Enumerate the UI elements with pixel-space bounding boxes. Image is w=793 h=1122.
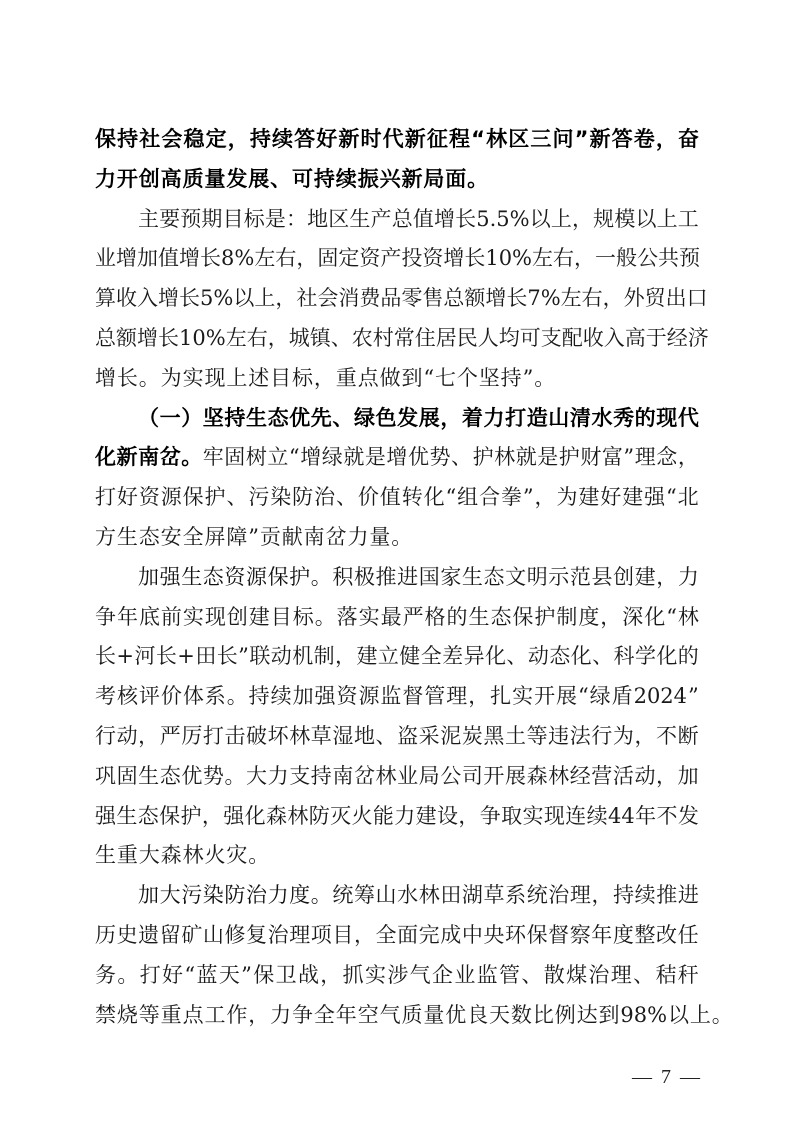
- text-char: ”: [238, 637, 249, 677]
- text-char: 常: [394, 319, 415, 359]
- text-char: 品: [380, 279, 401, 319]
- text-char: 禁: [95, 996, 116, 1036]
- page-number: — 7 —: [632, 1066, 702, 1089]
- text-char: 管: [499, 956, 520, 996]
- heading-char: 态: [268, 399, 289, 439]
- heading-char: 问: [552, 120, 573, 160]
- text-char: 地: [354, 717, 375, 757]
- text-char: 文: [505, 558, 526, 598]
- subheading-char: 防: [224, 876, 245, 916]
- text-char: 北: [678, 478, 699, 518]
- text-char: 击: [224, 717, 245, 757]
- text-char: 模: [614, 200, 635, 240]
- text-char: 异: [464, 637, 485, 677]
- text-char: 右: [275, 239, 296, 279]
- text-char: 科: [614, 637, 635, 677]
- heading-char: 新: [401, 160, 422, 200]
- text-char: 理: [635, 438, 656, 478]
- text-char: 厉: [181, 717, 202, 757]
- heading-char: 持: [117, 120, 138, 160]
- text-char: 优: [445, 996, 466, 1036]
- subheading-char: 治: [246, 876, 267, 916]
- text-char: 火: [204, 836, 225, 876]
- text-char: 体: [183, 677, 204, 717]
- text-char: 。: [248, 836, 269, 876]
- text-char: 5%: [200, 279, 233, 319]
- heading-char: 面: [445, 160, 466, 200]
- text-char: 口: [687, 279, 708, 319]
- subheading-char: 资: [224, 558, 245, 598]
- text-char: 力: [268, 757, 289, 797]
- text-char: 司: [462, 757, 483, 797]
- text-line: 长+河长+田长”联动机制，建立健全差异化、动态化、科学化的: [95, 637, 699, 677]
- text-char: 草: [311, 717, 332, 757]
- text-line: 考核评价体系。持续加强资源监督管理，扎实开展“绿盾2024”: [95, 677, 699, 717]
- heading-char: 色: [376, 399, 397, 439]
- text-char: 护: [559, 438, 580, 478]
- text-char: 国: [419, 558, 440, 598]
- text-char: 天: [489, 996, 510, 1036]
- text-char: 动: [528, 637, 549, 677]
- text-char: 秸: [655, 956, 676, 996]
- text-char: 长: [464, 239, 485, 279]
- text-char: 共: [658, 239, 679, 279]
- text-char: 筹: [354, 876, 375, 916]
- text-char: 全: [314, 996, 335, 1036]
- text-char: 左: [254, 239, 275, 279]
- text-char: 资: [336, 677, 357, 717]
- text-char: 镇: [310, 319, 331, 359]
- text-char: ”: [523, 478, 534, 518]
- text-char: 目: [332, 916, 353, 956]
- text-char: “: [289, 438, 300, 478]
- text-char: 农: [352, 319, 373, 359]
- subheading-char: 护: [289, 558, 310, 598]
- text-char: 打: [95, 478, 116, 518]
- text-char: 强: [644, 478, 665, 518]
- text-char: 推: [376, 558, 397, 598]
- text-char: 村: [373, 319, 394, 359]
- text-char: 田: [440, 876, 461, 916]
- text-char: 经: [667, 319, 688, 359]
- text-char: 10%: [179, 319, 226, 359]
- text-char: 开: [483, 757, 504, 797]
- text-line: （一）坚持生态优先、绿色发展，着力打造山清水秀的现代: [95, 399, 699, 439]
- text-char: 主: [138, 200, 159, 240]
- text-char: 积: [332, 558, 353, 598]
- text-char: 目: [270, 359, 291, 399]
- text-char: 增: [116, 239, 137, 279]
- text-line: 务。打好“蓝天”保卫战，抓实涉气企业监管、散煤治理、秸秆: [95, 956, 699, 996]
- text-char: 以: [530, 200, 551, 240]
- text-char: 达: [577, 996, 598, 1036]
- text-char: 史: [117, 916, 138, 956]
- text-char: 秆: [678, 956, 699, 996]
- text-char: 度: [578, 598, 599, 638]
- text-char: 进: [397, 558, 418, 598]
- text-char: ，: [468, 677, 489, 717]
- text-char: 投: [401, 239, 422, 279]
- text-char: 点: [358, 359, 379, 399]
- text-char: 左: [226, 319, 247, 359]
- text-char: 打: [140, 956, 161, 996]
- heading-char: 卷: [634, 120, 655, 160]
- text-line: 生重大森林火灾。: [95, 836, 699, 876]
- text-char: “: [666, 478, 677, 518]
- text-char: 源: [358, 677, 379, 717]
- text-char: ，: [458, 797, 479, 837]
- text-char: 、: [521, 956, 542, 996]
- text-char: 管: [424, 677, 445, 717]
- subheading-char: 染: [203, 876, 224, 916]
- text-char: 南: [304, 518, 325, 558]
- text-char: 央: [483, 916, 504, 956]
- text-char: 灭: [330, 797, 351, 837]
- text-char: 统: [332, 876, 353, 916]
- heading-char: 南: [138, 438, 159, 478]
- text-char: 上: [254, 279, 275, 319]
- text-char: 业: [454, 956, 475, 996]
- text-char: 打: [203, 717, 224, 757]
- text-char: 遗: [138, 916, 159, 956]
- text-char: 生: [462, 558, 483, 598]
- text-char: 98%: [620, 996, 667, 1036]
- text-char: 范: [570, 558, 591, 598]
- text-char: 建: [578, 478, 599, 518]
- text-char: ，: [634, 717, 655, 757]
- text-char: 格: [425, 598, 446, 638]
- text-char: “: [446, 478, 457, 518]
- heading-char: 山: [548, 399, 569, 439]
- text-char: ，: [296, 239, 317, 279]
- text-char: 就: [343, 438, 364, 478]
- text-char: 增: [179, 239, 200, 279]
- text-char: 修: [224, 916, 245, 956]
- text-char: 民: [457, 319, 478, 359]
- text-char: 污: [248, 478, 269, 518]
- subheading-char: 。: [311, 558, 332, 598]
- text-char: 标: [292, 359, 313, 399]
- text-char: 资: [359, 239, 380, 279]
- text-char: 态: [138, 797, 159, 837]
- heading-char: 稳: [184, 120, 205, 160]
- text-char: 上: [226, 359, 247, 399]
- text-char: 标: [293, 598, 314, 638]
- text-char: 、: [506, 637, 527, 677]
- heading-char: 。: [467, 160, 488, 200]
- text-char: 社: [296, 279, 317, 319]
- text-char: 治: [314, 478, 335, 518]
- text-char: 长: [179, 279, 200, 319]
- text-char: 盾: [612, 677, 633, 717]
- text-char: 保: [159, 797, 180, 837]
- text-char: 出: [666, 279, 687, 319]
- text-char: 公: [637, 239, 658, 279]
- text-char: 绿: [322, 438, 343, 478]
- subheading-char: 保: [268, 558, 289, 598]
- text-char: 述: [248, 359, 269, 399]
- text-char: 住: [415, 319, 436, 359]
- heading-char: 续: [272, 120, 293, 160]
- heading-char: 高: [161, 160, 182, 200]
- text-char: 等: [139, 996, 160, 1036]
- text-char: 化: [644, 598, 665, 638]
- text-char: 治: [268, 916, 289, 956]
- text-char: ，: [572, 200, 593, 240]
- text-char: 化: [424, 478, 445, 518]
- text-char: 现: [204, 359, 225, 399]
- heading-char: 。: [181, 438, 202, 478]
- text-char: ，: [320, 956, 341, 996]
- text-char: 严: [403, 598, 424, 638]
- heading-char: 征: [427, 120, 448, 160]
- text-char: 总: [443, 279, 464, 319]
- body-text: 保持社会稳定，持续答好新时代新征程“林区三问”新答卷，奋力开创高质量发展、可持续…: [95, 120, 699, 1035]
- text-char: 连: [565, 797, 586, 837]
- text-char: 力: [394, 797, 415, 837]
- text-char: +: [177, 637, 195, 677]
- heading-char: 好: [316, 120, 337, 160]
- text-char: 极: [354, 558, 375, 598]
- text-char: 增: [137, 319, 158, 359]
- text-char: 就: [516, 438, 537, 478]
- text-char: 上: [690, 996, 711, 1036]
- text-char: 动: [634, 757, 655, 797]
- heading-char: 时: [361, 120, 382, 160]
- text-char: 矿: [181, 916, 202, 956]
- text-char: 河: [134, 637, 155, 677]
- heading-char: ，: [656, 120, 677, 160]
- text-char: 动: [117, 717, 138, 757]
- text-char: 重: [161, 996, 182, 1036]
- text-char: 年: [635, 797, 656, 837]
- text-char: 建: [249, 598, 270, 638]
- text-char: 公: [440, 757, 461, 797]
- text-char: 深: [622, 598, 643, 638]
- text-char: “: [184, 956, 195, 996]
- text-char: 蓝: [196, 956, 217, 996]
- text-char: 到: [598, 996, 619, 1036]
- text-char: 开: [534, 677, 555, 717]
- text-char: “: [578, 677, 589, 717]
- text-char: 源: [161, 478, 182, 518]
- text-char: 督: [402, 677, 423, 717]
- text-char: 企: [432, 956, 453, 996]
- text-char: 长: [117, 359, 138, 399]
- text-char: 零: [401, 279, 422, 319]
- text-char: 会: [317, 279, 338, 319]
- heading-char: ，: [228, 120, 249, 160]
- text-char: 林: [183, 836, 204, 876]
- text-char: 差: [442, 637, 463, 677]
- text-char: 理: [611, 956, 632, 996]
- text-char: 务: [95, 956, 116, 996]
- text-char: 活: [613, 757, 634, 797]
- text-char: 化: [245, 797, 266, 837]
- text-char: 整: [634, 916, 655, 956]
- text-char: ”: [248, 518, 259, 558]
- text-char: 价: [358, 478, 379, 518]
- text-char: 保: [253, 956, 274, 996]
- text-char: 资: [422, 239, 443, 279]
- heading-char: 、: [332, 399, 353, 439]
- text-char: 加: [137, 239, 158, 279]
- text-char: 为: [613, 717, 634, 757]
- text-char: 高: [625, 319, 646, 359]
- text-line: 行动，严厉打击破坏林草湿地、盗采泥炭黑土等违法行为，不断: [95, 717, 699, 757]
- text-char: 区: [328, 200, 349, 240]
- text-char: 岔: [326, 518, 347, 558]
- text-char: 田: [195, 637, 216, 677]
- text-char: 献: [282, 518, 303, 558]
- text-char: 续: [587, 797, 608, 837]
- heading-char: 程: [449, 120, 470, 160]
- text-char: 以: [233, 279, 254, 319]
- text-char: 个: [457, 359, 478, 399]
- text-char: 增: [443, 239, 464, 279]
- text-char: 机: [292, 637, 313, 677]
- text-char: 目: [271, 598, 292, 638]
- text-char: 于: [646, 319, 667, 359]
- text-char: 目: [223, 200, 244, 240]
- heading-char: 续: [336, 160, 357, 200]
- heading-char: ）: [181, 399, 202, 439]
- text-char: 林: [289, 717, 310, 757]
- text-char: 上: [551, 200, 572, 240]
- text-char: 煤: [566, 956, 587, 996]
- text-char: 方: [95, 518, 116, 558]
- text-char: 长: [506, 279, 527, 319]
- text-char: 完: [419, 916, 440, 956]
- text-char: 实: [523, 797, 544, 837]
- text-char: 扎: [490, 677, 511, 717]
- heading-char: “: [471, 120, 485, 160]
- text-char: 化: [571, 637, 592, 677]
- heading-char: 新: [117, 438, 138, 478]
- text-char: 化: [485, 637, 506, 677]
- text-char: 势: [203, 757, 224, 797]
- text-char: 。: [224, 757, 245, 797]
- heading-char: 现: [656, 399, 677, 439]
- text-char: ，: [354, 916, 375, 956]
- text-char: 优: [408, 438, 429, 478]
- text-line: 力开创高质量发展、可持续振兴新局面。: [95, 160, 699, 200]
- heading-char: 可: [292, 160, 313, 200]
- heading-char: 生: [246, 399, 267, 439]
- text-char: 染: [270, 478, 291, 518]
- text-char: 业: [95, 239, 116, 279]
- text-char: 工: [204, 996, 225, 1036]
- text-char: 灾: [226, 836, 247, 876]
- text-char: 10%: [485, 239, 532, 279]
- text-char: 生: [349, 200, 370, 240]
- text-char: 制: [314, 637, 335, 677]
- heading-char: 奋: [678, 120, 699, 160]
- text-char: 生: [116, 797, 137, 837]
- text-char: 统: [527, 876, 548, 916]
- heading-char: ”: [575, 120, 589, 160]
- text-char: 考: [95, 677, 116, 717]
- text-char: 作: [226, 996, 247, 1036]
- text-char: 长: [95, 637, 116, 677]
- subheading-char: 污: [181, 876, 202, 916]
- text-char: 营: [591, 757, 612, 797]
- text-char: 盗: [397, 717, 418, 757]
- text-char: 核: [117, 677, 138, 717]
- text-char: 实: [512, 677, 533, 717]
- text-char: 屏: [204, 518, 225, 558]
- text-char: 业: [397, 757, 418, 797]
- text-char: 天: [219, 956, 240, 996]
- heading-char: 答: [294, 120, 315, 160]
- text-char: 行: [95, 717, 116, 757]
- text-char: 到: [401, 359, 422, 399]
- text-char: 气: [380, 996, 401, 1036]
- text-char: 例: [555, 996, 576, 1036]
- heading-char: 清: [570, 399, 591, 439]
- text-char: ，: [268, 319, 289, 359]
- text-char: 能: [373, 797, 394, 837]
- text-char: 联: [249, 637, 270, 677]
- text-char: 发: [678, 797, 699, 837]
- text-char: 项: [311, 916, 332, 956]
- text-char: 、: [451, 438, 472, 478]
- heading-char: 创: [139, 160, 160, 200]
- text-char: 实: [183, 598, 204, 638]
- heading-char: 先: [311, 399, 332, 439]
- text-char: 点: [183, 996, 204, 1036]
- text-char: 2024: [634, 677, 687, 717]
- text-char: 优: [181, 757, 202, 797]
- subheading-char: 大: [160, 876, 181, 916]
- text-char: 左: [532, 239, 553, 279]
- heading-char: 量: [204, 160, 225, 200]
- text-char: 护: [534, 598, 555, 638]
- text-char: 生: [95, 836, 116, 876]
- text-line: 总额增长10%左右，城镇、农村常住居民人均可支配收入高于经济: [95, 319, 699, 359]
- text-char: 现: [544, 797, 565, 837]
- text-char: 外: [624, 279, 645, 319]
- text-char: 良: [467, 996, 488, 1036]
- text-char: 湿: [332, 717, 353, 757]
- text-char: 持: [311, 757, 332, 797]
- text-line: 打好资源保护、污染防治、价值转化“组合拳”，为建好建强“北: [95, 478, 699, 518]
- heading-char: 区: [508, 120, 529, 160]
- text-char: 一: [595, 239, 616, 279]
- text-char: 消: [338, 279, 359, 319]
- subheading-char: 态: [203, 558, 224, 598]
- text-char: 态: [549, 637, 570, 677]
- text-char: ，: [574, 239, 595, 279]
- heading-char: 局: [423, 160, 444, 200]
- text-char: ”: [623, 438, 634, 478]
- text-char: 地: [307, 200, 328, 240]
- text-char: 念: [656, 438, 677, 478]
- text-char: 强: [315, 677, 336, 717]
- text-char: 财: [580, 438, 601, 478]
- subheading-char: 加: [138, 558, 159, 598]
- text-line: 业增加值增长8%左右，固定资产投资增长10%左右，一般公共预: [95, 239, 699, 279]
- text-char: 期: [201, 200, 222, 240]
- text-char: 增: [300, 438, 321, 478]
- text-char: 创: [227, 598, 248, 638]
- text-char: 配: [562, 319, 583, 359]
- text-char: 复: [246, 916, 267, 956]
- text-char: 察: [570, 916, 591, 956]
- text-char: 合: [479, 478, 500, 518]
- text-char: 现: [205, 598, 226, 638]
- text-char: 林: [287, 797, 308, 837]
